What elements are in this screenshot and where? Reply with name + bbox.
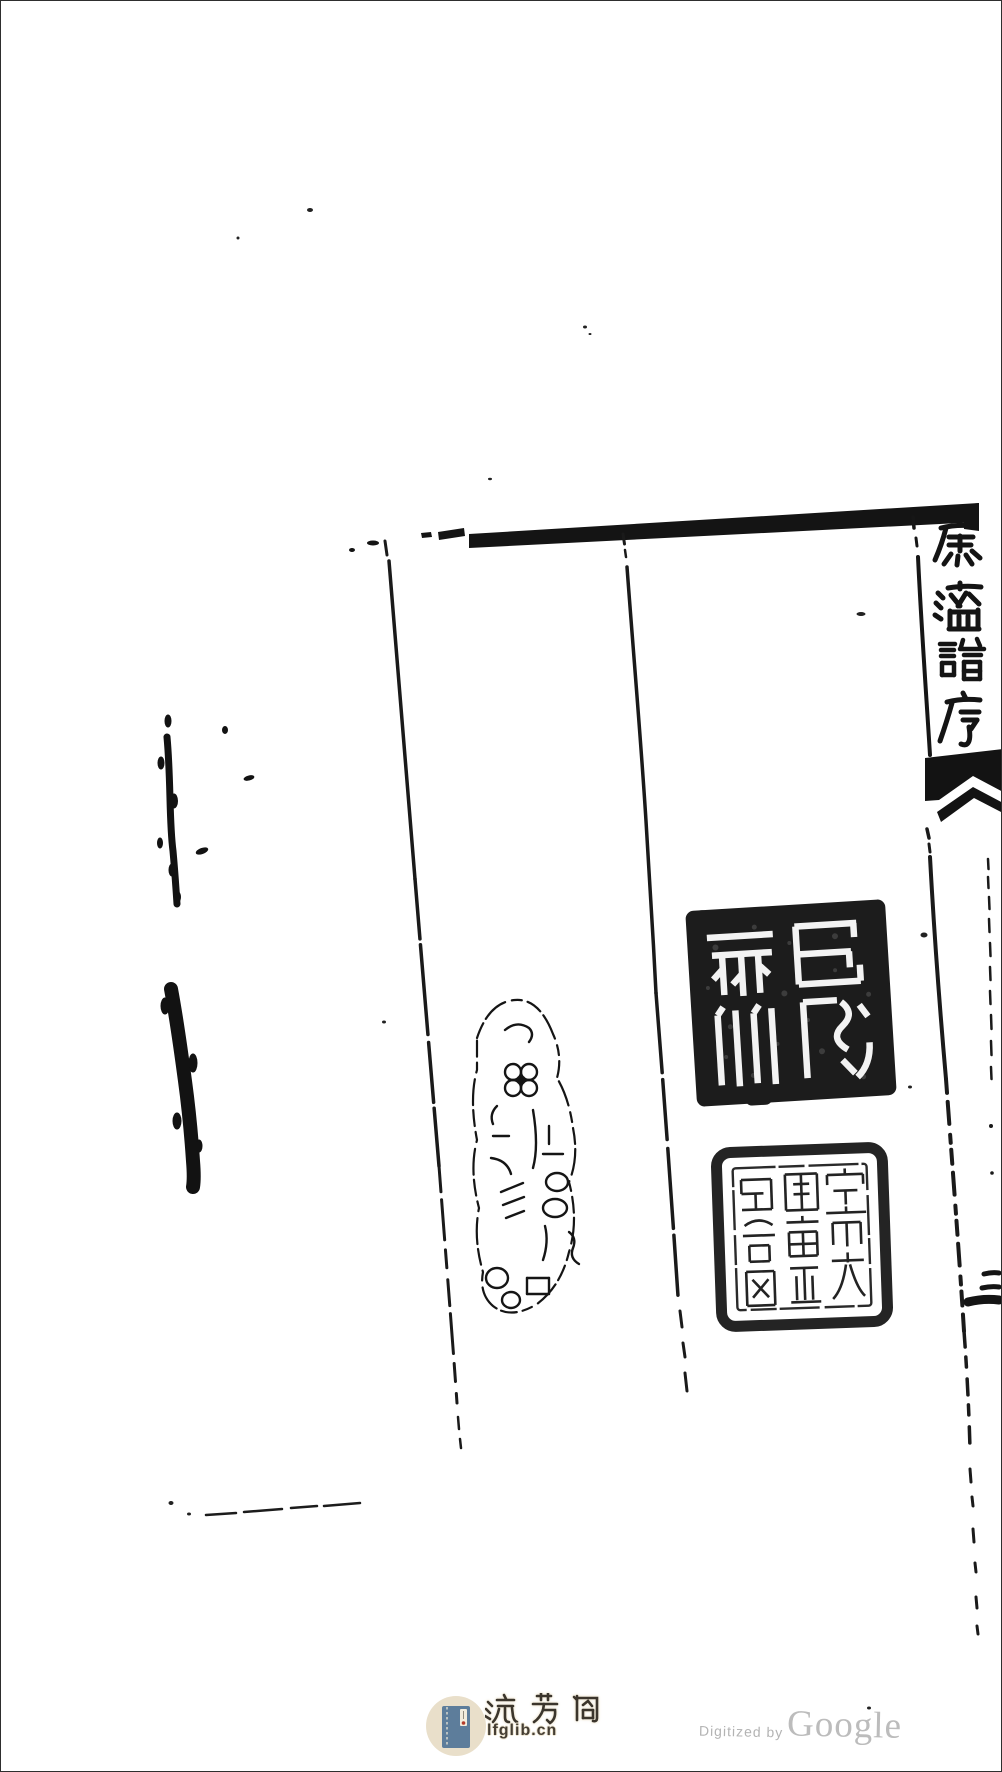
seal-relief-glyphs bbox=[741, 1168, 870, 1306]
page-frame-top-bar bbox=[349, 503, 979, 552]
title-char-2 bbox=[935, 583, 981, 629]
bottom-broken-line bbox=[206, 1503, 360, 1515]
seal-intaglio bbox=[683, 897, 899, 1109]
fish-tail-mark bbox=[925, 749, 1002, 822]
hand-seal-outline bbox=[473, 1000, 575, 1313]
hand-traced-seal bbox=[449, 986, 599, 1331]
google-logo-text: Google bbox=[787, 1702, 903, 1747]
page-number-glyph bbox=[968, 1273, 999, 1302]
page-ink-layer bbox=[1, 1, 1002, 1772]
lfglib-watermark: lfglib.cn bbox=[426, 1689, 626, 1753]
digitized-by-text: Digitized by bbox=[699, 1723, 784, 1741]
scanned-page: 康濟譜序 三 bbox=[0, 0, 1002, 1772]
title-char-1 bbox=[935, 519, 980, 565]
lfglib-domain: lfglib.cn bbox=[487, 1722, 557, 1740]
title-column-rule bbox=[913, 517, 930, 755]
google-watermark: Digitized by Google bbox=[698, 1699, 929, 1760]
book-icon bbox=[441, 1705, 471, 1749]
left-ink-streaks bbox=[158, 715, 255, 1187]
title-glyphs bbox=[935, 519, 984, 745]
lfglib-badge bbox=[426, 1696, 486, 1756]
title-char-4 bbox=[940, 693, 980, 745]
seal-intaglio-ground bbox=[685, 899, 897, 1109]
seal-relief bbox=[710, 1141, 894, 1333]
title-char-3 bbox=[940, 639, 984, 679]
right-edge-dashed-rule bbox=[988, 859, 992, 1079]
lfglib-name-glyphs bbox=[485, 1693, 597, 1723]
